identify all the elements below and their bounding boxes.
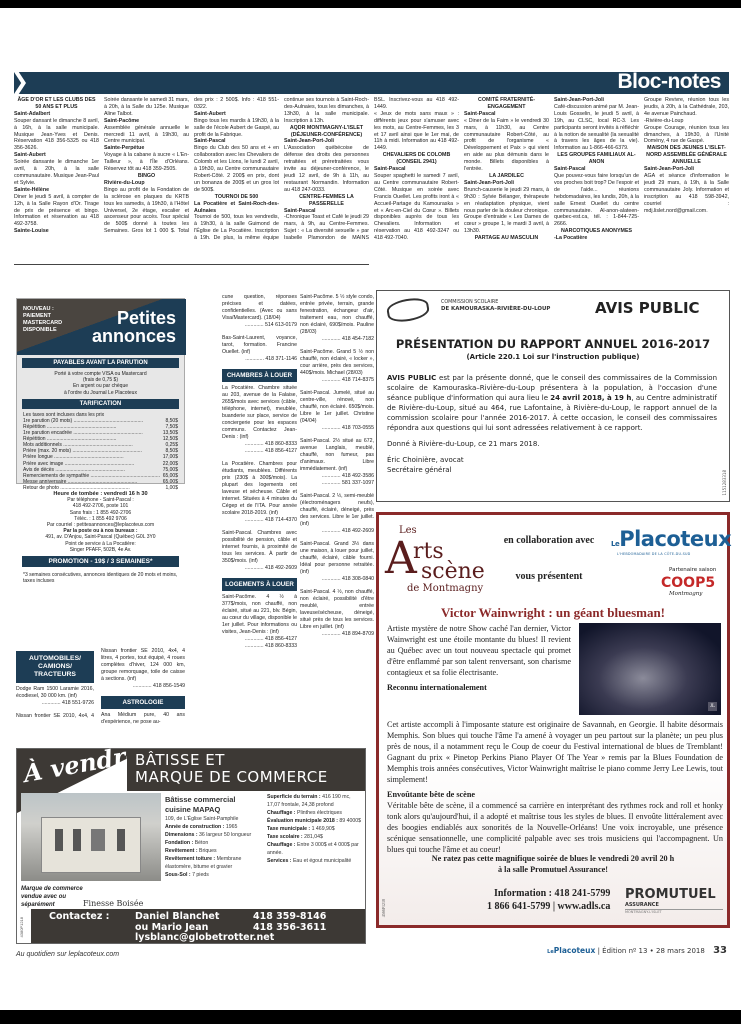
notice-text: -Rivière-du-Loup bbox=[644, 118, 729, 125]
auto-section: AUTOMOBILES/ CAMIONS/ TRACTEURS Dodge Ra… bbox=[16, 648, 94, 720]
notice-heading: LA JARDILEC bbox=[464, 173, 549, 180]
classified-text: Saint-Pascal. Jumelé, situé au centre-vi… bbox=[300, 390, 374, 425]
ad-intro: Artiste mystère de notre Show caché l'an… bbox=[387, 623, 571, 693]
notice-text: Que pouvez-vous faire lorsqu'un de vos p… bbox=[554, 173, 639, 228]
classified-phone: ............. 418 714-4370 bbox=[222, 517, 297, 524]
classified-ad: Saint-Pacôme. Grand 5 ½ non chauffé, non… bbox=[300, 349, 374, 384]
chevron-right-icon bbox=[14, 72, 26, 94]
placoteux-tagline: L'HEBDOMADAIRE DE LA CÔTE-DU-SUD bbox=[617, 552, 690, 556]
detail-row: Année de construction : 1965 bbox=[165, 823, 261, 831]
classified-ad: Nissan frontier SE 2010, 4x4, 4 litres, … bbox=[16, 713, 94, 720]
notice-text: Brunch-causerie le jeudi 29 mars, à 9h30… bbox=[464, 187, 549, 235]
classified-ad: Dodge Ram 1500 Laramie 2016, écodiesel, … bbox=[16, 686, 94, 707]
classified-text: Saint-Pascal. 4 ½, non chauffé, non écla… bbox=[300, 589, 374, 631]
bloc-notes-columns: ÂGE D'OR ET LES CLUBS DES 50 ANS ET PLUS… bbox=[14, 97, 729, 262]
detail-row: Évaluation municipale 2018 : 89 4000$ bbox=[267, 817, 365, 825]
classified-ad: La Pocatière. Chambre située au 203, ave… bbox=[222, 385, 297, 455]
newspaper-page: Bloc-notes ÂGE D'OR ET LES CLUBS DES 50 … bbox=[0, 8, 741, 1010]
footer-website: Au quotidien sur leplacoteux.com bbox=[16, 951, 119, 958]
classified-ad: Saint-Pascal. Chambres avec possibilité … bbox=[222, 530, 297, 572]
classified-phone: ............. 418 308-0840 bbox=[300, 576, 374, 583]
notice-heading: ÂGE D'OR ET LES CLUBS DES 50 ANS ET PLUS bbox=[14, 97, 99, 111]
petites-annonces-box: NOUVEAU : PAIEMENT MASTERCARD DISPONIBLE… bbox=[16, 298, 185, 484]
detail-row: Chauffage : Plinthes électriques bbox=[267, 809, 365, 817]
arts-scene-ad: Les A rts scène de Montmagny en collabor… bbox=[376, 512, 730, 928]
classifieds-column-3: Saint-Pacôme. 5 ½ style condo, entrée pr… bbox=[300, 294, 374, 644]
notice-heading: CHEVALIERS DE COLOMB (CONSEIL 2941) bbox=[374, 152, 459, 166]
classified-text: cune question, réponses précises et daté… bbox=[222, 294, 297, 322]
notice-location: Saint-Jean-Port-Joli bbox=[554, 97, 639, 104]
promutuel-logo: PROMUTUEL ASSURANCE MONTMAGNY-L'ISLET bbox=[625, 887, 723, 914]
notice-text: Voyage à la cabane à sucre « L'En-Taille… bbox=[104, 152, 189, 173]
notice-location: La Pocatière et Saint-Roch-des-Aulnaies bbox=[194, 201, 279, 215]
school-board-name: COMMISSION SCOLAIREDE KAMOURASKA–RIVIÈRE… bbox=[441, 300, 550, 312]
ad-code: 1151283318 bbox=[722, 470, 727, 495]
classified-ad: Bas-Saint-Laurent, voyance, tarot, forma… bbox=[222, 335, 297, 363]
present-text: vous présentent bbox=[495, 571, 603, 582]
classified-text: Saint-Pascal. Chambres avec possibilité … bbox=[222, 530, 297, 565]
building-photo bbox=[21, 793, 161, 881]
detail-row: Taxe municipale : 1 469,90$ bbox=[267, 825, 365, 833]
classified-ad: cune question, réponses précises et daté… bbox=[222, 294, 297, 329]
classified-text: Saint-Pascal. 2½ situé au 672, avenue La… bbox=[300, 438, 374, 473]
classified-ad: La Pocatière. Chambres pour étudiants, m… bbox=[222, 461, 297, 524]
arts-scene-logo: Les A rts scène de Montmagny bbox=[385, 525, 485, 597]
notice-heading: PARTAGE AU MASCULIN bbox=[464, 235, 549, 242]
coop-sub: Montmagny bbox=[669, 591, 702, 597]
classified-ad: Saint-Pascal. Jumelé, situé au centre-vi… bbox=[300, 390, 374, 432]
notice-location: Saint-Pascal bbox=[554, 166, 639, 173]
classified-text: Saint-Pacôme. 4 ½ à 377$/mois, non chauf… bbox=[222, 594, 297, 636]
detail-key: Superficie du terrain : bbox=[267, 794, 322, 800]
notice-text: L'Association québécoise de défense des … bbox=[284, 145, 369, 193]
notice-location: Saint-Pascal bbox=[284, 208, 369, 215]
mastercard-badge: NOUVEAU : PAIEMENT MASTERCARD DISPONIBLE bbox=[23, 306, 83, 334]
classified-ad: Saint-Pascal. 2½ situé au 672, avenue La… bbox=[300, 438, 374, 487]
classified-phone: ............. 514 613-0179 bbox=[222, 322, 297, 329]
notice-location: -La Pocatière bbox=[554, 235, 639, 242]
detail-row: Fondation : Béton bbox=[165, 839, 261, 847]
section-header-bar: Bloc-notes bbox=[14, 72, 729, 94]
notice-heading: MAISON DES JEUNES L'ISLET-NORD ASSEMBLÉE… bbox=[644, 145, 729, 166]
notice-location: Saint-Jean-Port-Joli bbox=[644, 166, 729, 173]
detail-row: Chauffage : Entre 3 000$ et 4 000$ par a… bbox=[267, 841, 365, 857]
detail-row: Taxe scolaire : 281,04$ bbox=[267, 833, 365, 841]
footer-edition: LePlacoteux | Édition nº 13 • 28 mars 20… bbox=[547, 945, 727, 956]
notice-text: Soirée dansante le samedi 31 mars, à 20h… bbox=[104, 97, 189, 118]
post-info: 491, av. D'Anjou, Saint-Pascal (Québec) … bbox=[17, 534, 184, 553]
concert-photo: JL bbox=[579, 623, 721, 715]
placoteux-logo: LePlacoteux bbox=[611, 527, 731, 551]
partner-label: Partenaire saison bbox=[669, 567, 716, 573]
notice-text: Assemblée générale annuelle le mercredi … bbox=[104, 125, 189, 146]
detail-key: Sous-Sol : bbox=[165, 872, 192, 878]
petites-annonces-title: Petites annonces bbox=[92, 309, 176, 345]
classified-ad: Saint-Pascal. 4 ½, non chauffé, non écla… bbox=[300, 589, 374, 638]
school-board-logo-icon bbox=[385, 296, 430, 325]
detail-key: Évaluation municipale 2018 : bbox=[267, 818, 339, 824]
classified-phone: ............. 418 894-8709 bbox=[300, 631, 374, 638]
classifieds-column-2: cune question, réponses précises et daté… bbox=[222, 294, 297, 656]
classified-ad: Ana Médium pure, 40 ans d'expérience, ne… bbox=[101, 712, 185, 726]
notice-text: « Jeux de mots sans maux » : différents … bbox=[374, 111, 459, 152]
classified-text: Bas-Saint-Laurent, voyance, tarot, forma… bbox=[222, 335, 297, 356]
detail-key: Chauffage : bbox=[267, 842, 297, 848]
divider bbox=[14, 264, 369, 265]
ad-code: 4380P1218 bbox=[19, 917, 24, 937]
detail-row: Services : Eau et égout municipalité bbox=[267, 857, 365, 865]
classified-phone: ............. 418 856-4127 bbox=[222, 636, 297, 643]
contact-band: Contactez : Daniel Blanchet 418 359-8146… bbox=[31, 909, 365, 943]
notice-location: Saint-Pacôme bbox=[104, 118, 189, 125]
astrologie-heading: ASTROLOGIE bbox=[101, 696, 185, 709]
detail-row: Superficie du terrain : 416 190 mc, 17,0… bbox=[267, 793, 365, 809]
a-vendre-ad: À vendre BÂTISSE ET MARQUE DE COMMERCE M… bbox=[16, 748, 366, 944]
brand-note: Marque de commerce vendue avec ou séparé… bbox=[21, 885, 91, 909]
notice-location: Sainte-Perpétue bbox=[104, 145, 189, 152]
classified-phone: ............. 418 492-2609 bbox=[300, 528, 374, 535]
notice-text: AGA et séance d'information le jeudi 29 … bbox=[644, 173, 729, 214]
classified-ad: Saint-Pacôme. 5 ½ style condo, entrée pr… bbox=[300, 294, 374, 343]
classified-text: Saint-Pacôme. 5 ½ style condo, entrée pr… bbox=[300, 294, 374, 336]
promotion-note: *3 semaines consécutives, annonces ident… bbox=[17, 570, 184, 586]
section-title: Bloc-notes bbox=[617, 70, 721, 94]
notice-subheading: (Article 220.1 Loi sur l'instruction pub… bbox=[377, 353, 729, 361]
building-details-left: Bâtisse commercial cuisine MAPAQ 109, de… bbox=[165, 795, 261, 879]
notice-location: Saint-Aubert bbox=[194, 111, 279, 118]
coop-logo: COOP5 bbox=[661, 575, 715, 591]
notice-text: Bingo tous les mardis à 19h30, à la sall… bbox=[194, 118, 279, 139]
classified-ad: Saint-Pacôme. 4 ½ à 377$/mois, non chauf… bbox=[222, 594, 297, 650]
detail-key: Taxe scolaire : bbox=[267, 834, 304, 840]
notice-location: Saint-Pascal bbox=[194, 138, 279, 145]
classified-text: Saint-Pacôme. Grand 5 ½ non chauffé, non… bbox=[300, 349, 374, 377]
detail-key: Chauffage : bbox=[267, 810, 297, 816]
detail-row: Dimensions : 36 largeur 50 longueur bbox=[165, 831, 261, 839]
notice-location: Saint-Jean-Port-Joli bbox=[464, 180, 549, 187]
notice-heading: NARCOTIQUES ANONYMES bbox=[554, 228, 639, 235]
classified-phone: ............. 418 454-7182 bbox=[300, 336, 374, 343]
page-number: 33 bbox=[713, 945, 727, 956]
ad-call-to-action: Ne ratez pas cette magnifique soirée de … bbox=[379, 853, 727, 875]
tarification-heading: TARIFICATION bbox=[22, 399, 179, 409]
notice-text: Souper dansant le dimanche 8 avril, à 16… bbox=[14, 118, 99, 153]
notice-heading: LES GROUPES FAMILIAUX AL-ANON bbox=[554, 152, 639, 166]
notice-text: Souper spaghetti le samedi 7 avril, au C… bbox=[374, 173, 459, 242]
collab-text: en collaboration avec bbox=[495, 535, 603, 547]
notice-location: Rivière-du-Loup bbox=[104, 180, 189, 187]
classified-phone: ............. 418 860-8333 bbox=[222, 441, 297, 448]
notice-location: Saint-Aubert bbox=[14, 152, 99, 159]
detail-key: Revêtement : bbox=[165, 848, 199, 854]
contact-email: lysblanc@globetrotter.net bbox=[135, 932, 274, 943]
detail-key: Taxe municipale : bbox=[267, 826, 312, 832]
notice-location: Saint-Pascal bbox=[374, 166, 459, 173]
classified-phone: ............. 418 703-0555 bbox=[300, 425, 374, 432]
notice-heading: COMITÉ FRATERNITÉ-ENGAGEMENT bbox=[464, 97, 549, 111]
classified-text: La Pocatière. Chambres pour étudiants, m… bbox=[222, 461, 297, 517]
promotion-banner: PROMOTION - 19$ / 3 SEMAINES* bbox=[22, 556, 179, 567]
payables-heading: PAYABLES AVANT LA PARUTION bbox=[22, 358, 179, 368]
notice-location: Sainte-Hélène bbox=[14, 187, 99, 194]
rate-list: 1re parution (20 mots) .................… bbox=[17, 418, 184, 491]
notice-heading: TOURNOI DE 500 bbox=[194, 194, 279, 201]
detail-row: Revêtement toiture : Membrane élastomère… bbox=[165, 855, 261, 871]
classified-text: La Pocatière. Chambre située au 203, ave… bbox=[222, 385, 297, 441]
classified-phone: ............. 418 371-1146 bbox=[222, 356, 297, 363]
notice-heading: PRÉSENTATION DU RAPPORT ANNUEL 2016-2017 bbox=[377, 337, 729, 351]
detail-row: Sous-Sol : 7 pieds bbox=[165, 871, 261, 879]
petites-annonces-header: NOUVEAU : PAIEMENT MASTERCARD DISPONIBLE… bbox=[17, 299, 184, 355]
notice-text: « Diner de la Faim » le vendredi 30 mars… bbox=[464, 118, 549, 173]
classified-phone: ............. 581 337-1097 bbox=[300, 480, 374, 487]
notice-text: Bingo du Club des 50 ans et + en collabo… bbox=[194, 145, 279, 193]
notice-body: AVIS PUBLIC est par la présente donné, q… bbox=[387, 373, 717, 475]
notice-text: Groupe Revivre, réunion tous les jeudis,… bbox=[644, 97, 729, 118]
notice-location: Saint-Pascal bbox=[464, 111, 549, 118]
detail-key: Dimensions : bbox=[165, 832, 199, 838]
classified-text: Saint-Pascal. Grand 3½ dans une maison, … bbox=[300, 541, 374, 576]
notice-location: Saint-Jean-Port-Joli bbox=[284, 138, 369, 145]
classified-ad: Saint-Pascal. 2 ½, semi-meublé (électrom… bbox=[300, 493, 374, 535]
classified-text: Saint-Pascal. 2 ½, semi-meublé (électrom… bbox=[300, 493, 374, 528]
classified-ad: Saint-Pascal. Grand 3½ dans une maison, … bbox=[300, 541, 374, 583]
notice-text: Soirée dansante le dimanche 1er avril, à… bbox=[14, 159, 99, 187]
a-vendre-banner: BÂTISSE ET MARQUE DE COMMERCE bbox=[127, 749, 365, 791]
rate-price: 1,00$ bbox=[165, 485, 178, 491]
avis-public-notice: COMMISSION SCOLAIREDE KAMOURASKA–RIVIÈRE… bbox=[376, 290, 730, 502]
finesse-boisee-logo: Finesse Boisée bbox=[83, 899, 143, 908]
notice-text: Diner le jeudi 5 avril, à compter de 12h… bbox=[14, 194, 99, 229]
contact-info: Par téléphone - Saint-Pascal :418 492-27… bbox=[17, 497, 184, 528]
ad-code: 4566P1218 bbox=[381, 899, 386, 917]
auto-continued: Nissan frontier SE 2010, 4x4, 4 litres, … bbox=[101, 648, 185, 726]
notice-location: Saint-Adalbert bbox=[14, 111, 99, 118]
ad-headline: Victor Wainwright : un géant bluesman! bbox=[379, 605, 727, 621]
notice-heading: AQDR MONTMAGNY-L'ISLET (DÉJEUNER-CONFÉRE… bbox=[284, 125, 369, 139]
detail-key: Revêtement toiture : bbox=[165, 856, 217, 862]
detail-key: Fondation : bbox=[165, 840, 195, 846]
classified-phone: ............. 418 714-8375 bbox=[300, 377, 374, 384]
detail-key: Services : bbox=[267, 858, 293, 864]
classified-phone: ............. 418 856-4127 bbox=[222, 448, 297, 455]
notice-text: Groupe Courage, réunion tous les dimanch… bbox=[644, 125, 729, 146]
classified-section-heading: CHAMBRES À LOUER bbox=[222, 369, 297, 382]
building-details-right: Superficie du terrain : 416 190 mc, 17,0… bbox=[267, 793, 365, 865]
auto-heading: AUTOMOBILES/ CAMIONS/ TRACTEURS bbox=[16, 651, 94, 683]
payables-line: à l'ordre du Journal Le Placoteux bbox=[17, 390, 184, 396]
ad-contact: Information : 418 241-5799 1 866 641-579… bbox=[487, 887, 610, 913]
classified-ad: Nissan frontier SE 2010, 4x4, 4 litres, … bbox=[101, 648, 185, 690]
notice-location: Sainte-Louise bbox=[14, 228, 99, 235]
detail-row: Revêtement : Briques bbox=[165, 847, 261, 855]
ad-body: Cet artiste accompli à l'imposante statu… bbox=[387, 719, 723, 855]
notice-heading: CENTRE-FEMMES LA PASSERELLE bbox=[284, 194, 369, 208]
classified-phone: ............. 418 492-3586 bbox=[300, 473, 374, 480]
classified-section-heading: LOGEMENTS À LOUER bbox=[222, 578, 297, 591]
payables-text: Porté à votre compte VISA ou Mastercard(… bbox=[17, 371, 184, 396]
notice-heading: BINGO bbox=[104, 173, 189, 180]
classified-phone: ............. 418 492-2609 bbox=[222, 565, 297, 572]
classified-phone: ............. 418 860-8333 bbox=[222, 643, 297, 650]
post-line: Singer PFAFF, 502B, 4e Av. bbox=[17, 547, 184, 553]
avis-public-title: AVIS PUBLIC bbox=[595, 299, 700, 317]
notice-text: Café-discussion animé par M. Jean-Louis … bbox=[554, 104, 639, 152]
detail-key: Année de construction : bbox=[165, 824, 226, 830]
